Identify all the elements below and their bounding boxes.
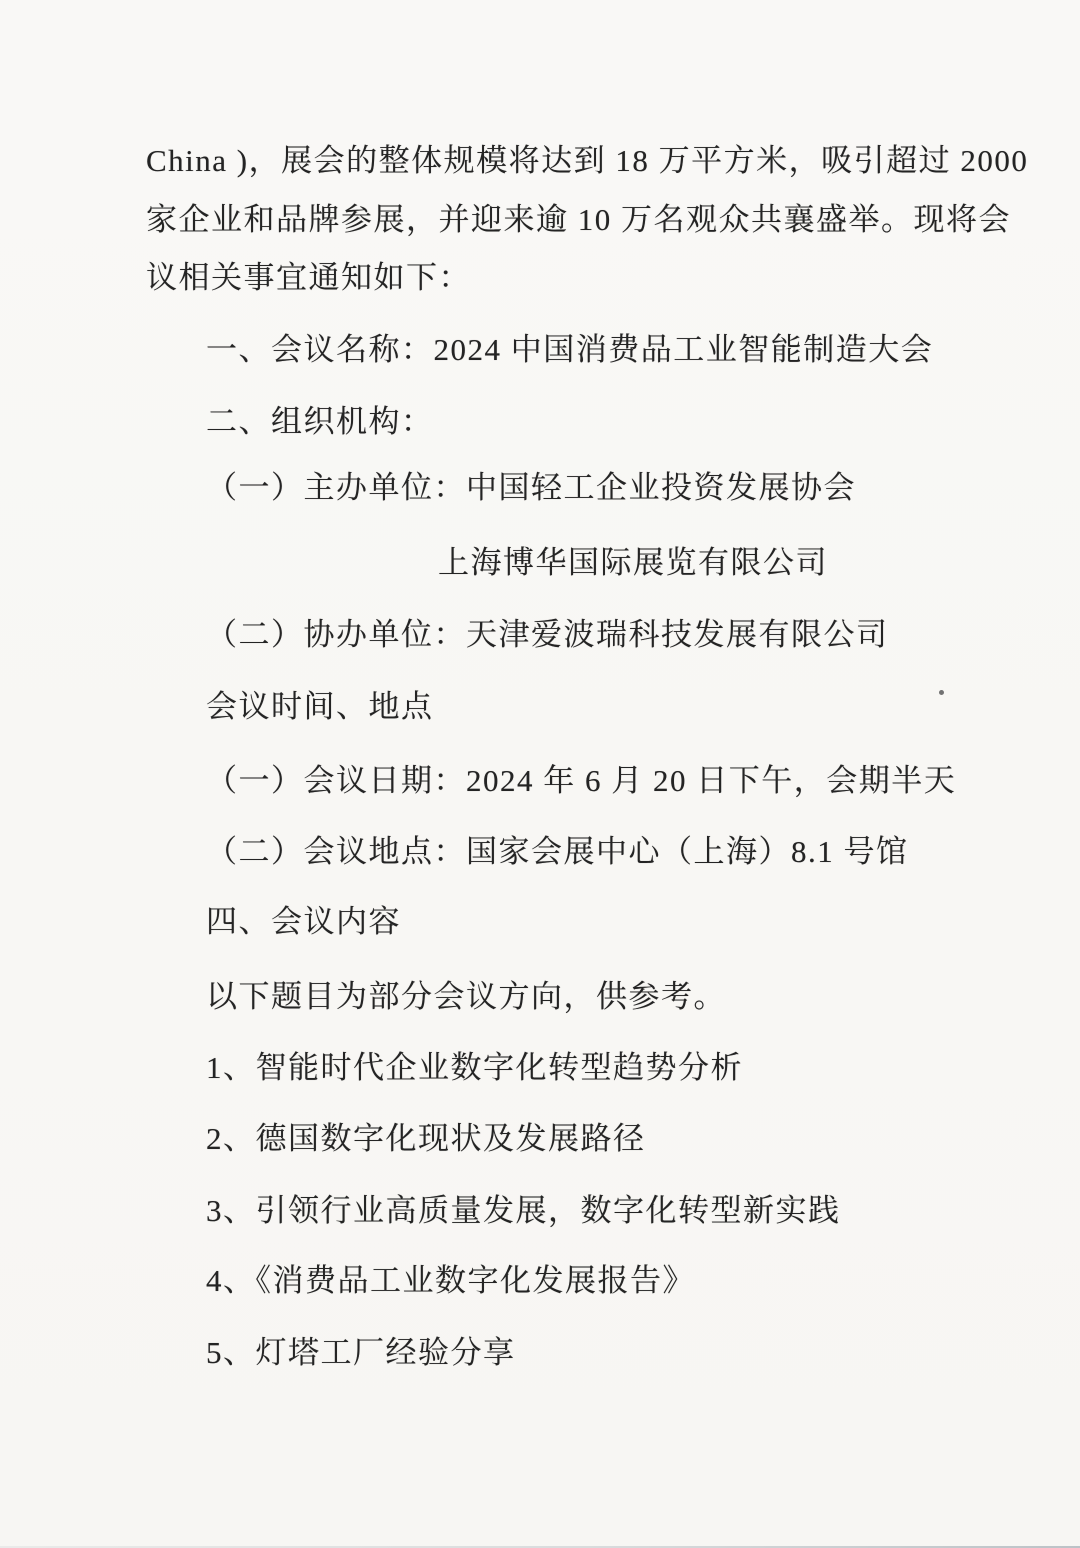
topic-1: 1、智能时代企业数字化转型趋势分析 <box>206 1048 743 1088</box>
section-1-title: 一、会议名称：2024 中国消费品工业智能制造大会 <box>206 330 933 370</box>
section-2-host-2: 上海博华国际展览有限公司 <box>438 543 828 583</box>
section-3-venue: （二）会议地点：国家会展中心（上海）8.1 号馆 <box>206 832 909 872</box>
topic-4: 4、《消费品工业数字化发展报告》 <box>206 1261 695 1301</box>
section-2-host: （一）主办单位：中国轻工企业投资发展协会 <box>206 468 856 508</box>
section-3-title: 会议时间、地点 <box>206 687 434 727</box>
topic-2: 2、德国数字化现状及发展路径 <box>206 1119 646 1159</box>
intro-line-3: 议相关事宜通知如下： <box>146 258 471 298</box>
section-2-cohost: （二）协办单位：天津爱波瑞科技发展有限公司 <box>206 615 889 655</box>
intro-line-1: China )，展会的整体规模将达到 18 万平方米，吸引超过 2000 <box>146 141 1028 181</box>
document-page: China )，展会的整体规模将达到 18 万平方米，吸引超过 2000 家企业… <box>0 0 1080 1548</box>
section-4-title: 四、会议内容 <box>206 902 401 942</box>
section-3-date: （一）会议日期：2024 年 6 月 20 日下午，会期半天 <box>206 761 956 801</box>
topic-5: 5、灯塔工厂经验分享 <box>206 1333 516 1373</box>
topic-3: 3、引领行业高质量发展，数字化转型新实践 <box>206 1191 841 1231</box>
scan-speck-artifact <box>939 690 944 695</box>
section-4-intro: 以下题目为部分会议方向，供参考。 <box>206 977 726 1017</box>
intro-line-2: 家企业和品牌参展，并迎来逾 10 万名观众共襄盛举。现将会 <box>146 200 1011 240</box>
section-2-title: 二、组织机构： <box>206 402 434 442</box>
